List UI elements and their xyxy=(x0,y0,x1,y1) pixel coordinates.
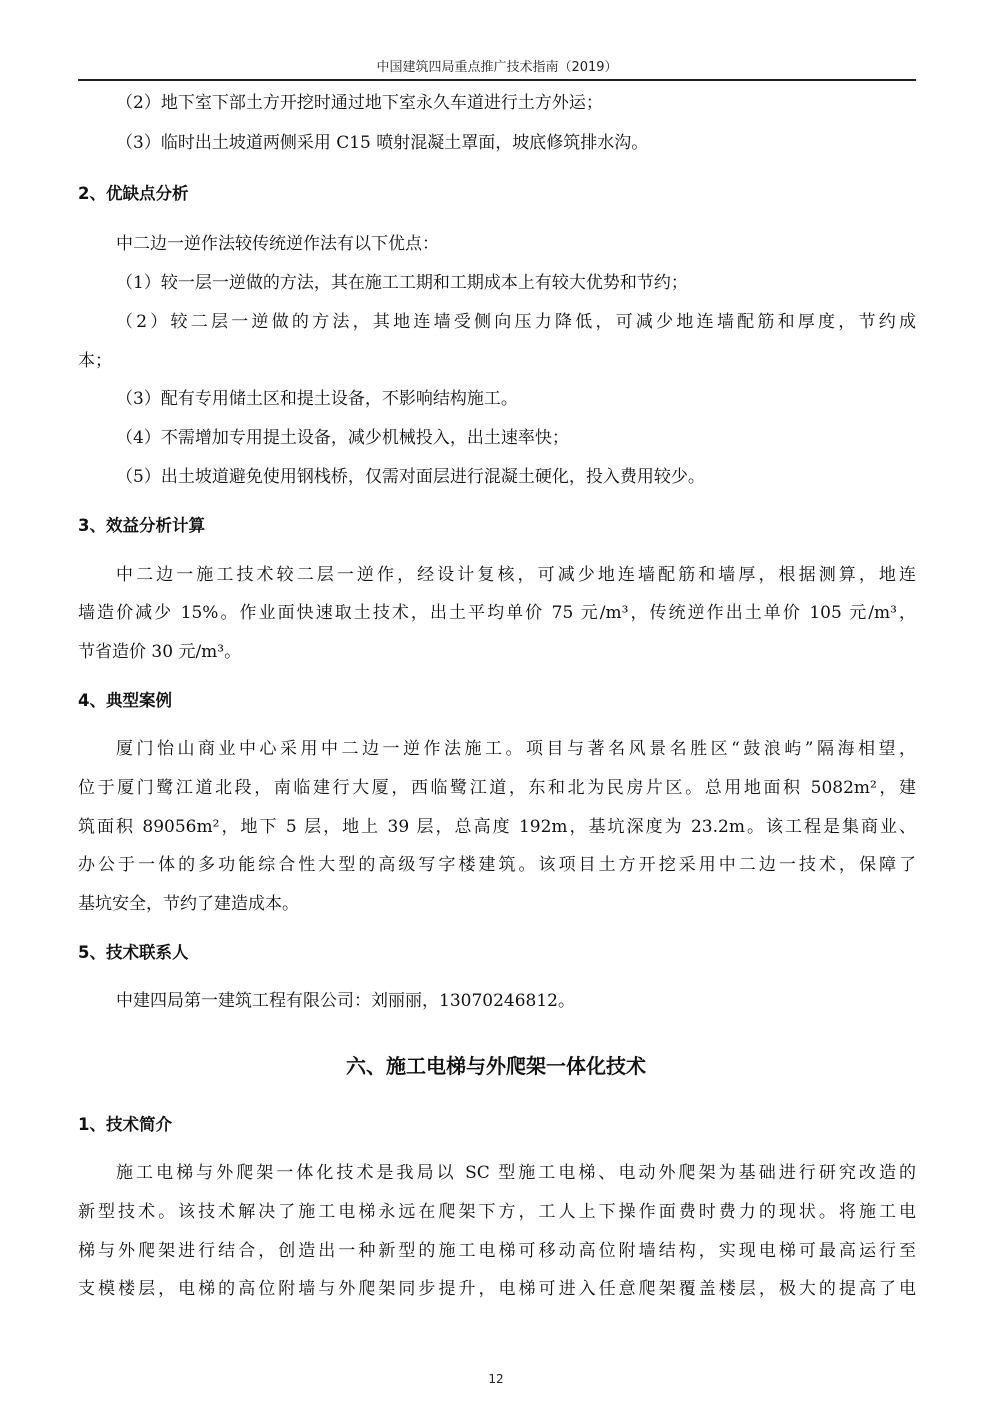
list-item-continuation: 本； xyxy=(78,349,916,373)
paragraph-line: 梯与外爬架进行结合，创造出一种新型的施工电梯可移动高位附墙结构，实现电梯可最高运… xyxy=(78,1239,916,1263)
paragraph-line: 中二边一施工技术较二层一逆作，经设计复核，可减少地连墙配筋和墙厚，根据测算，地连 xyxy=(78,563,916,587)
paragraph-line: 中二边一逆作法较传统逆作法有以下优点： xyxy=(78,232,916,256)
paragraph-line: （2）地下室下部土方开挖时通过地下室永久车道进行土方外运； xyxy=(78,91,916,115)
list-item: （4）不需增加专用提土设备，减少机械投入，出土速率快； xyxy=(78,426,916,450)
list-item: （3）配有专用储土区和提土设备，不影响结构施工。 xyxy=(78,387,916,411)
paragraph-line: 节省造价 30 元/m³。 xyxy=(78,640,916,664)
paragraph-line: 基坑安全，节约了建造成本。 xyxy=(78,892,916,916)
paragraph-line: 新型技术。该技术解决了施工电梯永远在爬架下方，工人上下操作面费时费力的现状。将施… xyxy=(78,1200,916,1224)
section-heading-intro: 1、技术简介 xyxy=(78,1113,916,1137)
paragraph-line: （3）临时出土坡道两侧采用 C15 喷射混凝土罩面，坡底修筑排水沟。 xyxy=(78,131,916,155)
section-heading-benefit: 3、效益分析计算 xyxy=(78,514,916,538)
paragraph-line: 墙造价减少 15%。作业面快速取土技术，出土平均单价 75 元/m³，传统逆作出… xyxy=(78,601,916,625)
section-heading-contact: 5、技术联系人 xyxy=(78,941,916,965)
paragraph-line: 施工电梯与外爬架一体化技术是我局以 SC 型施工电梯、电动外爬架为基础进行研究改… xyxy=(78,1161,916,1185)
chapter-title: 六、施工电梯与外爬架一体化技术 xyxy=(0,1050,992,1079)
paragraph-line: 筑面积 89056m²，地下 5 层，地上 39 层，总高度 192m，基坑深度… xyxy=(78,815,916,839)
header-divider xyxy=(78,79,916,81)
paragraph-line: 支模楼层，电梯的高位附墙与外爬架同步提升，电梯可进入任意爬架覆盖楼层，极大的提高… xyxy=(78,1277,916,1301)
list-item: （2）较二层一逆做的方法，其地连墙受侧向压力降低，可减少地连墙配筋和厚度，节约成 xyxy=(78,310,916,334)
paragraph-line: 办公于一体的多功能综合性大型的高级写字楼建筑。该项目土方开挖采用中二边一技术，保… xyxy=(78,853,916,877)
section-heading-case: 4、典型案例 xyxy=(78,689,916,713)
page-number: 12 xyxy=(0,1372,992,1386)
section-heading-advantages: 2、优缺点分析 xyxy=(78,182,916,206)
list-item: （1）较一层一逆做的方法，其在施工工期和工期成本上有较大优势和节约； xyxy=(78,271,916,295)
running-header: 中国建筑四局重点推广技术指南（2019） xyxy=(78,56,916,75)
list-item: （5）出土坡道避免使用钢栈桥，仅需对面层进行混凝土硬化，投入费用较少。 xyxy=(78,465,916,489)
paragraph-line: 厦门怡山商业中心采用中二边一逆作法施工。项目与著名风景名胜区“鼓浪屿”隔海相望， xyxy=(78,737,916,761)
contact-line: 中建四局第一建筑工程有限公司：刘丽丽，13070246812。 xyxy=(78,989,916,1013)
paragraph-line: 位于厦门鹭江道北段，南临建行大厦，西临鹭江道，东和北为民房片区。总用地面积 50… xyxy=(78,776,916,800)
